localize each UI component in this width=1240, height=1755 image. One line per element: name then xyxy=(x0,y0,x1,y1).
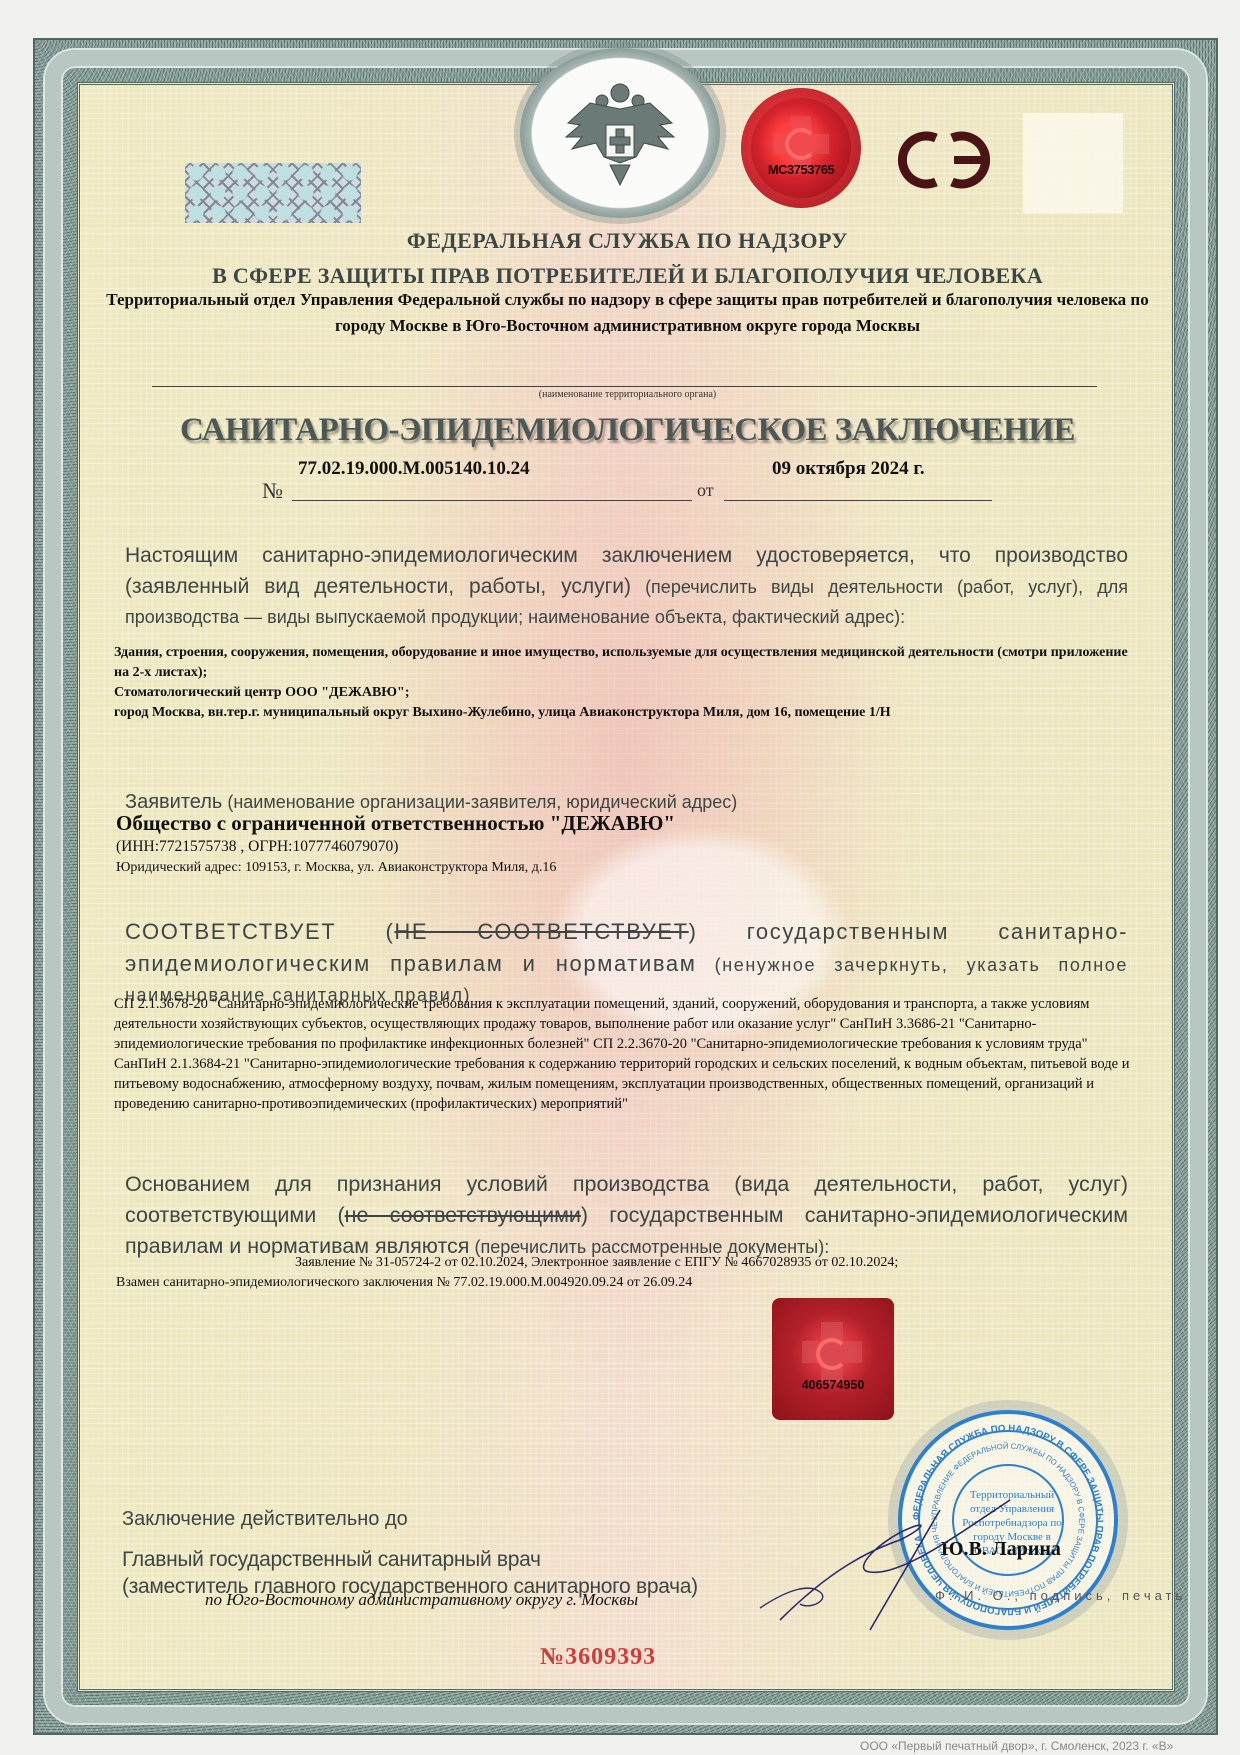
intro-paragraph: Настоящим санитарно-эпидемиологическим з… xyxy=(125,541,1128,633)
object-line-1: Здания, строения, сооружения, помещения,… xyxy=(114,643,1134,683)
c-mark-icon xyxy=(816,1338,848,1370)
chief-region: по Юго-Восточному административному окру… xyxy=(205,1590,638,1610)
agency-name-line1: ФЕДЕРАЛЬНАЯ СЛУЖБА ПО НАДЗОРУ xyxy=(80,228,1175,254)
basis-document-1: Заявление № 31-05724-2 от 02.10.2024, Эл… xyxy=(295,1255,898,1271)
basis-document-2: Взамен санитарно-эпидемиологического зак… xyxy=(116,1275,692,1291)
sanitary-rules-list: СП 2.1.3678-20 "Санитарно-эпидемиологиче… xyxy=(114,994,1134,1114)
territorial-rule xyxy=(152,386,1097,387)
form-serial-number: №3609393 xyxy=(540,1644,656,1671)
coat-of-arms-emblem xyxy=(520,48,720,218)
c-mark-icon xyxy=(785,128,817,160)
double-headed-eagle-icon xyxy=(560,73,680,193)
basis-paragraph: Основанием для признания условий произво… xyxy=(125,1170,1128,1263)
chief-title: Главный государственный санитарный врач xyxy=(122,1548,541,1572)
basis-hint: (перечислить рассмотренные документы): xyxy=(469,1237,829,1257)
object-line-2: Стоматологический центр ООО "ДЕЖАВЮ"; xyxy=(114,683,1134,703)
document-title: САНИТАРНО-ЭПИДЕМИОЛОГИЧЕСКОЕ ЗАКЛЮЧЕНИЕ xyxy=(80,412,1175,449)
basis-not-struck: не соответствующими xyxy=(345,1203,581,1227)
agency-name-line2: В СФЕРЕ ЗАЩИТЫ ПРАВ ПОТРЕБИТЕЛЕЙ И БЛАГО… xyxy=(80,263,1175,289)
valid-until-label: Заключение действительно до xyxy=(122,1508,408,1531)
handwritten-signature-icon xyxy=(720,1480,1020,1640)
applicant-label: Заявитель xyxy=(125,791,222,813)
hologram-seal-top: МС3753765 xyxy=(741,88,861,208)
complies-text: СООТВЕТСТВУЕТ xyxy=(125,919,336,944)
certificate-number: 77.02.19.000.М.005140.10.24 xyxy=(298,458,530,480)
object-description: Здания, строения, сооружения, помещения,… xyxy=(114,643,1134,723)
date-label: от xyxy=(697,480,714,501)
hologram-serial-bottom: 406574950 xyxy=(772,1378,894,1392)
certificate-date: 09 октября 2024 г. xyxy=(772,458,925,480)
hologram-strip-icon xyxy=(185,163,361,223)
applicant-name: Общество с ограниченной ответственностью… xyxy=(116,811,675,836)
applicant-ids: (ИНН:7721575738 , ОГРН:1077746079070) xyxy=(116,838,398,856)
hologram-sticker-bottom: 406574950 xyxy=(772,1298,894,1420)
object-line-3: город Москва, вн.тер.г. муниципальный ок… xyxy=(114,703,1134,723)
photo-placeholder xyxy=(1023,113,1123,213)
hologram-serial: МС3753765 xyxy=(741,162,861,177)
number-label: № xyxy=(262,478,283,504)
date-rule xyxy=(724,500,992,501)
not-complies-struck: НЕ СООТВЕТСТВУЕТ xyxy=(394,919,688,944)
territorial-body: Территориальный отдел Управления Федерал… xyxy=(90,287,1165,339)
applicant-legal-address: Юридический адрес: 109153, г. Москва, ул… xyxy=(116,860,556,876)
printer-imprint: ООО «Первый печатный двор», г. Смоленск,… xyxy=(860,1739,1173,1753)
number-rule xyxy=(292,500,692,501)
se-logo-icon xyxy=(892,128,1000,192)
territorial-caption: (наименование территориального органа) xyxy=(80,389,1175,400)
applicant-hint: (наименование организации-заявителя, юри… xyxy=(222,792,737,812)
